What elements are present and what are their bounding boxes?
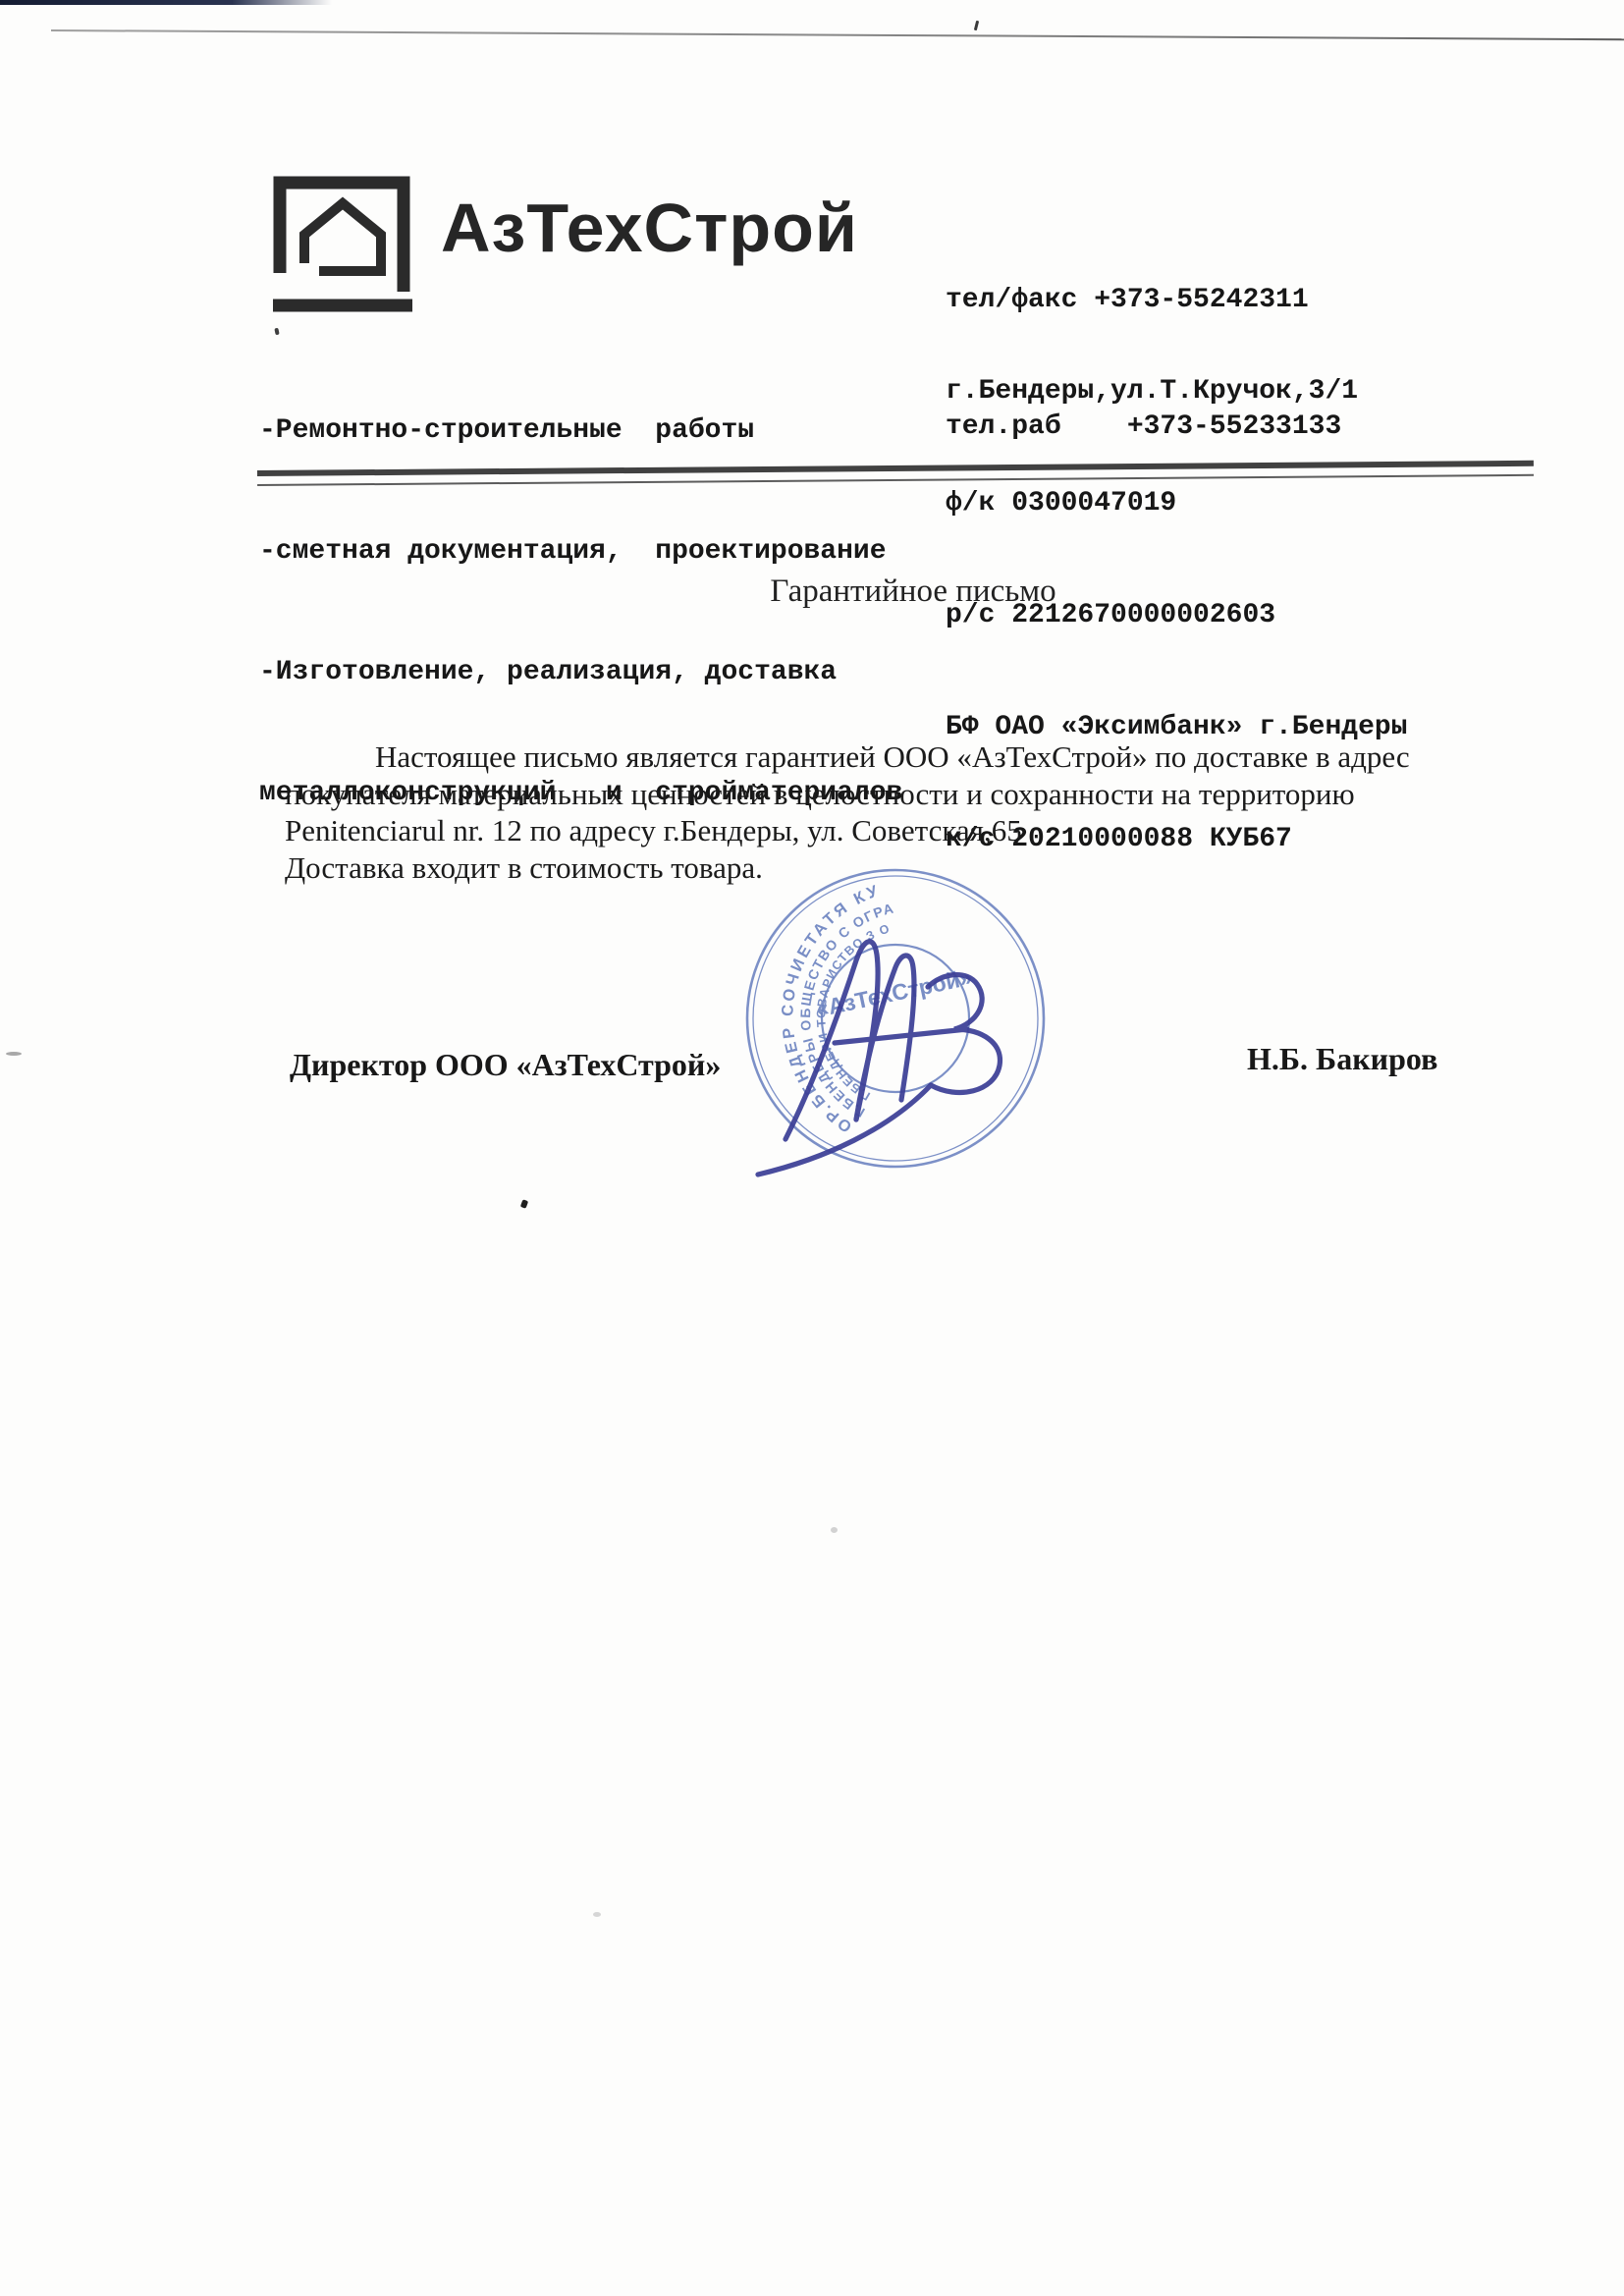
scanned-letter-page: АзТехСтрой тел/факс +373-55242311 тел.ра… [0, 0, 1624, 2296]
service-line: -Ремонтно-строительные работы [259, 410, 902, 451]
service-line: -Изготовление, реализация, доставка [259, 652, 902, 692]
scan-speck [593, 1912, 601, 1917]
service-line: -сметная документация, проектирование [259, 531, 902, 572]
director-label: Директор ООО «АзТехСтрой» [290, 1047, 721, 1083]
body-line: покупателя материальных ценностей в цело… [285, 776, 1512, 813]
brand-name: АзТехСтрой [441, 193, 858, 262]
scan-edge-band [0, 0, 332, 5]
company-stamp: ОР.БЕНДЕР СОЧИЕТАТЯ КУ РЭСПУНДЕРЕ ЛИМИТА… [729, 851, 1062, 1185]
scan-speck [974, 21, 979, 30]
scan-speck [520, 1199, 528, 1209]
requisite-line: г.Бендеры,ул.Т.Кручок,3/1 [946, 373, 1407, 410]
body-line: Penitenciarul nr. 12 по адресу г.Бендеры… [285, 812, 1512, 849]
letter-title: Гарантийное письмо [295, 574, 1532, 610]
house-in-square-icon [267, 165, 424, 322]
scan-speck [831, 1527, 838, 1533]
scan-speck [6, 1052, 22, 1056]
body-line: Настоящее письмо является гарантией ООО … [285, 738, 1512, 776]
scan-hairline [51, 29, 1624, 40]
requisite-line: ф/к 0300047019 [946, 485, 1407, 522]
director-name: Н.Б. Бакиров [1247, 1041, 1437, 1077]
